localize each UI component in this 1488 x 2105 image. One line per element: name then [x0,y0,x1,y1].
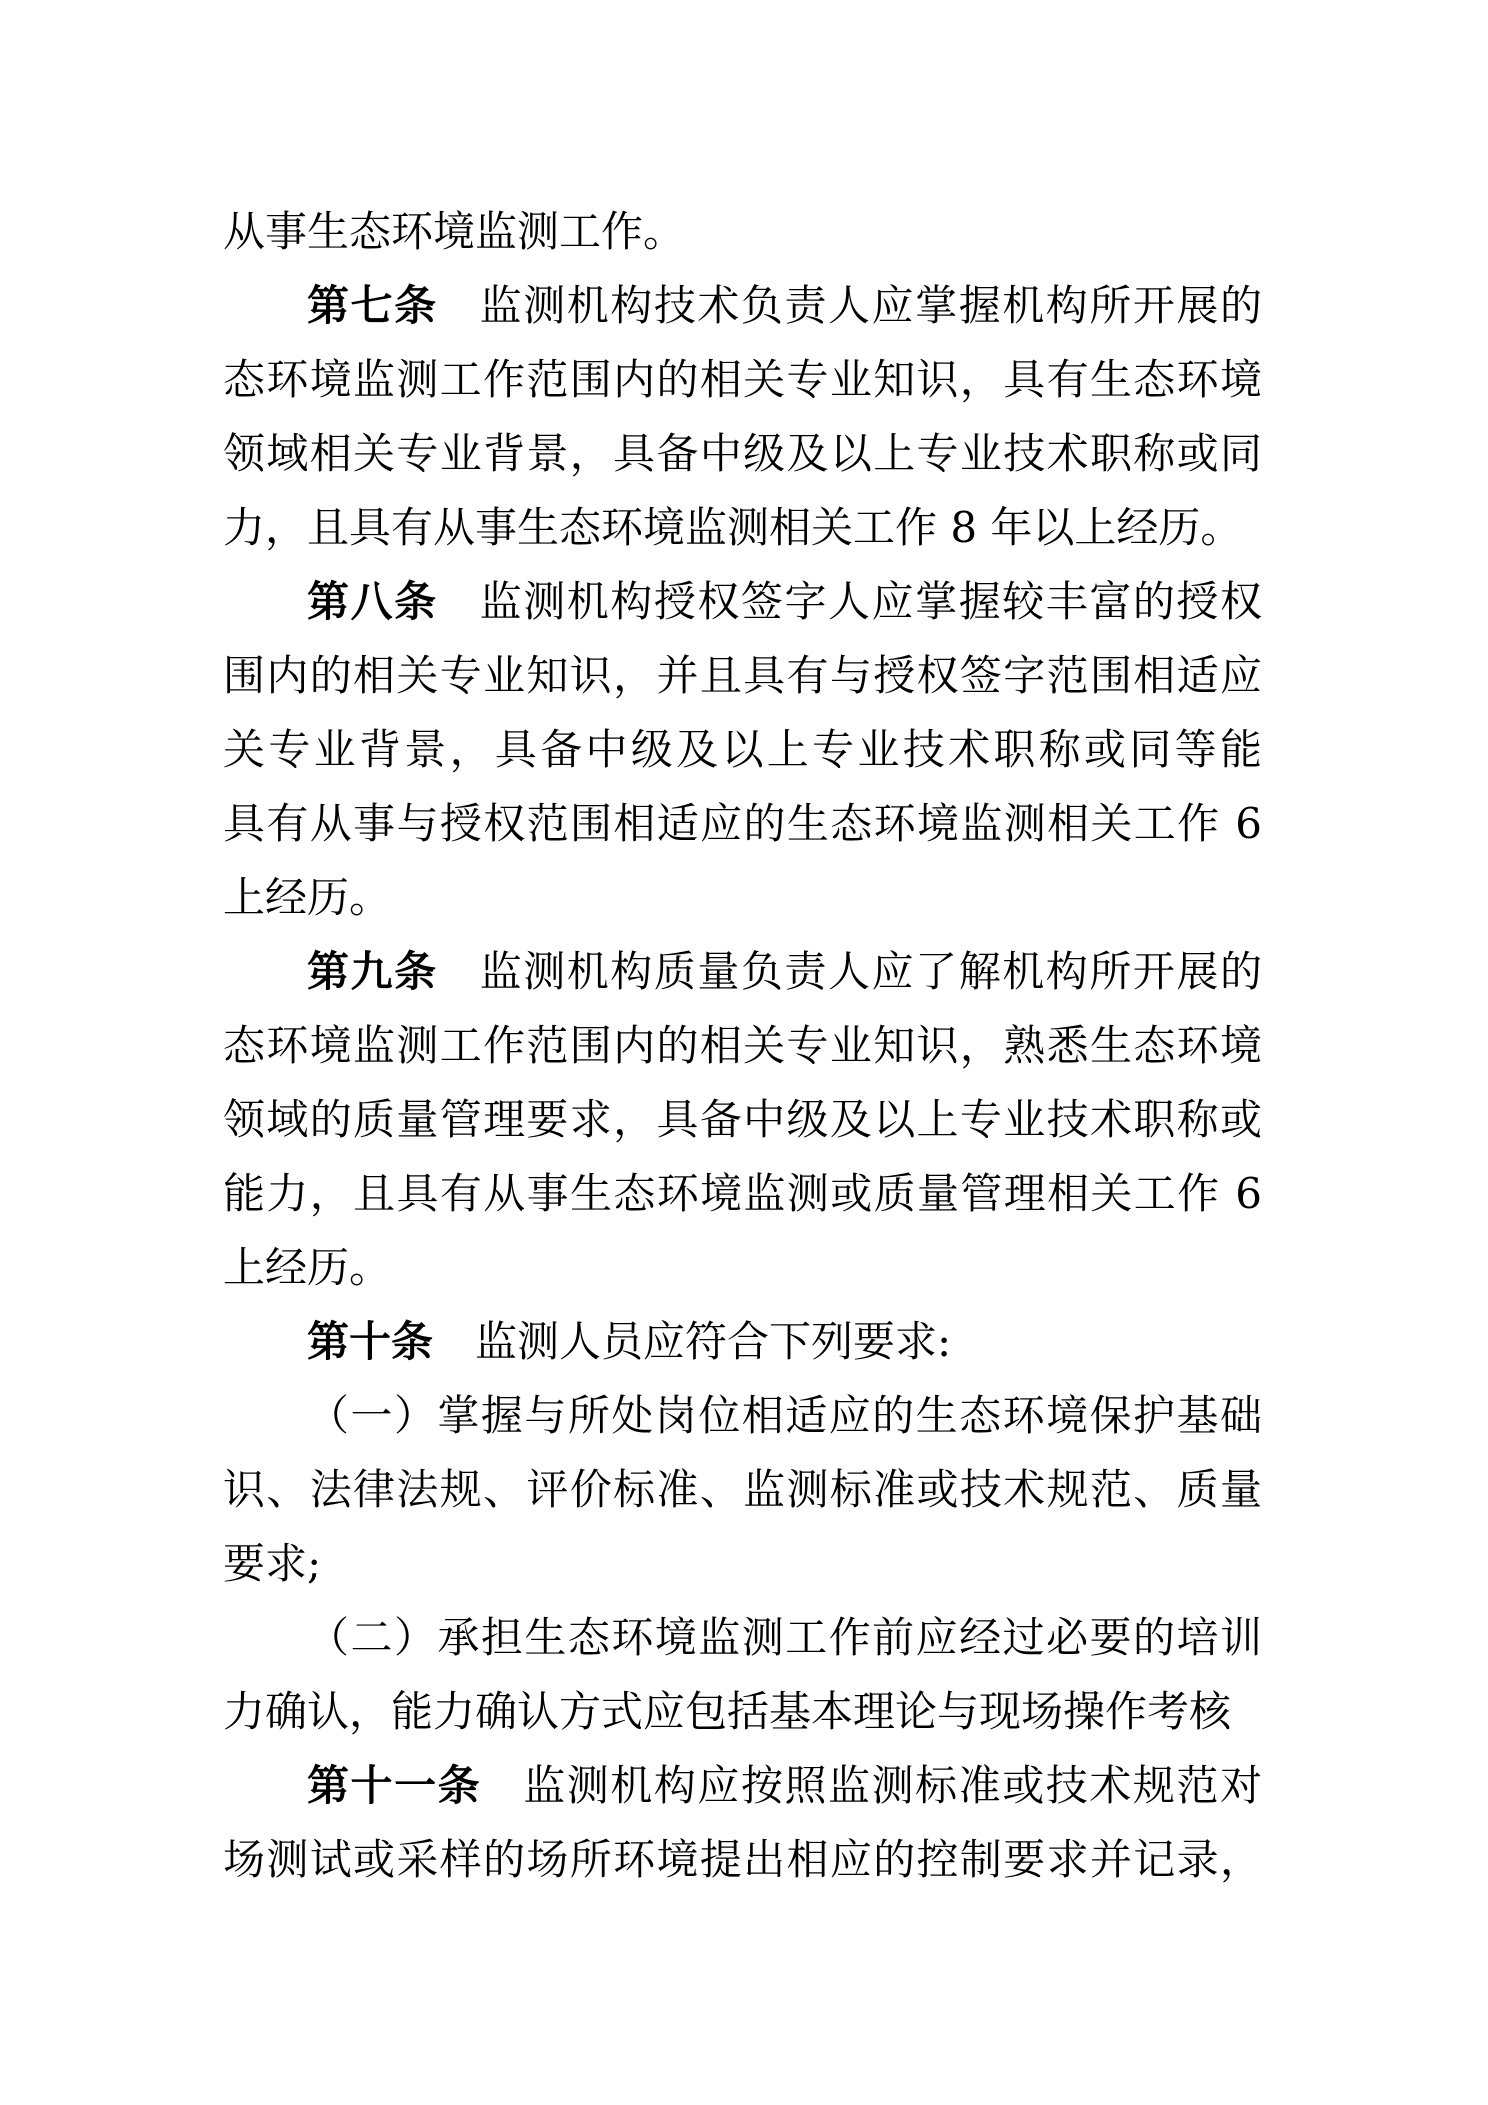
text-line: 第十条监测人员应符合下列要求: [223,1305,1262,1379]
text-line: 关专业背景，具备中级及以上专业技术职称或同等能力，且 [223,713,1262,787]
line-text: （一）掌握与所处岗位相适应的生态环境保护基础知 [307,1391,1262,1453]
line-text: 能力，且具有从事生态环境监测或质量管理相关工作 6 年以 [223,1169,1262,1231]
line-text: 力确认，能力确认方式应包括基本理论与现场操作考核等。 [223,1687,1231,1749]
line-text: 围内的相关专业知识，并且具有与授权签字范围相适应的相 [223,651,1262,713]
line-text: 监测机构授权签字人应掌握较丰富的授权范 [307,577,1262,639]
text-line: 第九条监测机构质量负责人应了解机构所开展的生 [223,935,1262,1009]
text-line: 领域相关专业背景，具备中级及以上专业技术职称或同等能 [223,417,1262,491]
line-text: （二）承担生态环境监测工作前应经过必要的培训和能 [307,1613,1262,1675]
text-line: 上经历。 [223,861,1262,935]
article-number: 第七条 [307,281,438,330]
line-text: 力，且具有从事生态环境监测相关工作 8 年以上经历。 [223,503,1242,552]
text-line: （二）承担生态环境监测工作前应经过必要的培训和能 [223,1601,1262,1675]
line-text: 场测试或采样的场所环境提出相应的控制要求并记录，包括 [223,1835,1262,1897]
line-text: 态环境监测工作范围内的相关专业知识，具有生态环境监测 [223,355,1262,417]
line-text: 领域相关专业背景，具备中级及以上专业技术职称或同等能 [223,429,1262,491]
text-line: 力确认，能力确认方式应包括基本理论与现场操作考核等。 [223,1675,1262,1749]
line-text: 识、法律法规、评价标准、监测标准或技术规范、质量控制 [223,1465,1262,1527]
text-line: 第七条监测机构技术负责人应掌握机构所开展的生 [223,269,1262,343]
article-number: 第十条 [307,1317,433,1366]
line-text: 监测机构技术负责人应掌握机构所开展的生 [307,281,1262,343]
text-line: 领域的质量管理要求，具备中级及以上专业技术职称或同等 [223,1083,1262,1157]
text-line: 第八条监测机构授权签字人应掌握较丰富的授权范 [223,565,1262,639]
line-text: 要求; [223,1539,321,1588]
text-line: （一）掌握与所处岗位相适应的生态环境保护基础知 [223,1379,1262,1453]
document-page: 从事生态环境监测工作。第七条监测机构技术负责人应掌握机构所开展的生态环境监测工作… [0,0,1488,2105]
text-line: 识、法律法规、评价标准、监测标准或技术规范、质量控制 [223,1453,1262,1527]
article-number: 第十一条 [307,1761,481,1810]
text-line: 从事生态环境监测工作。 [223,195,1262,269]
line-text: 领域的质量管理要求，具备中级及以上专业技术职称或同等 [223,1095,1262,1157]
text-line: 上经历。 [223,1231,1262,1305]
text-line: 态环境监测工作范围内的相关专业知识，熟悉生态环境监测 [223,1009,1262,1083]
text-line: 能力，且具有从事生态环境监测或质量管理相关工作 6 年以 [223,1157,1262,1231]
text-line: 第十一条监测机构应按照监测标准或技术规范对现 [223,1749,1262,1823]
line-text: 态环境监测工作范围内的相关专业知识，熟悉生态环境监测 [223,1021,1262,1083]
line-text: 具有从事与授权范围相适应的生态环境监测相关工作 6 年以 [223,799,1262,861]
line-text: 上经历。 [223,1243,391,1292]
line-text: 监测人员应符合下列要求: [475,1317,951,1366]
text-line: 要求; [223,1527,1262,1601]
article-number: 第九条 [307,947,438,996]
text-line: 场测试或采样的场所环境提出相应的控制要求并记录，包括 [223,1823,1262,1897]
document-text-block: 从事生态环境监测工作。第七条监测机构技术负责人应掌握机构所开展的生态环境监测工作… [223,195,1262,1897]
text-line: 具有从事与授权范围相适应的生态环境监测相关工作 6 年以 [223,787,1262,861]
text-line: 力，且具有从事生态环境监测相关工作 8 年以上经历。 [223,491,1262,565]
text-line: 态环境监测工作范围内的相关专业知识，具有生态环境监测 [223,343,1262,417]
line-text: 关专业背景，具备中级及以上专业技术职称或同等能力，且 [223,725,1262,787]
article-number: 第八条 [307,577,438,626]
line-text: 监测机构质量负责人应了解机构所开展的生 [307,947,1262,1009]
line-text: 上经历。 [223,873,391,922]
line-text: 从事生态环境监测工作。 [223,207,685,256]
text-line: 围内的相关专业知识，并且具有与授权签字范围相适应的相 [223,639,1262,713]
